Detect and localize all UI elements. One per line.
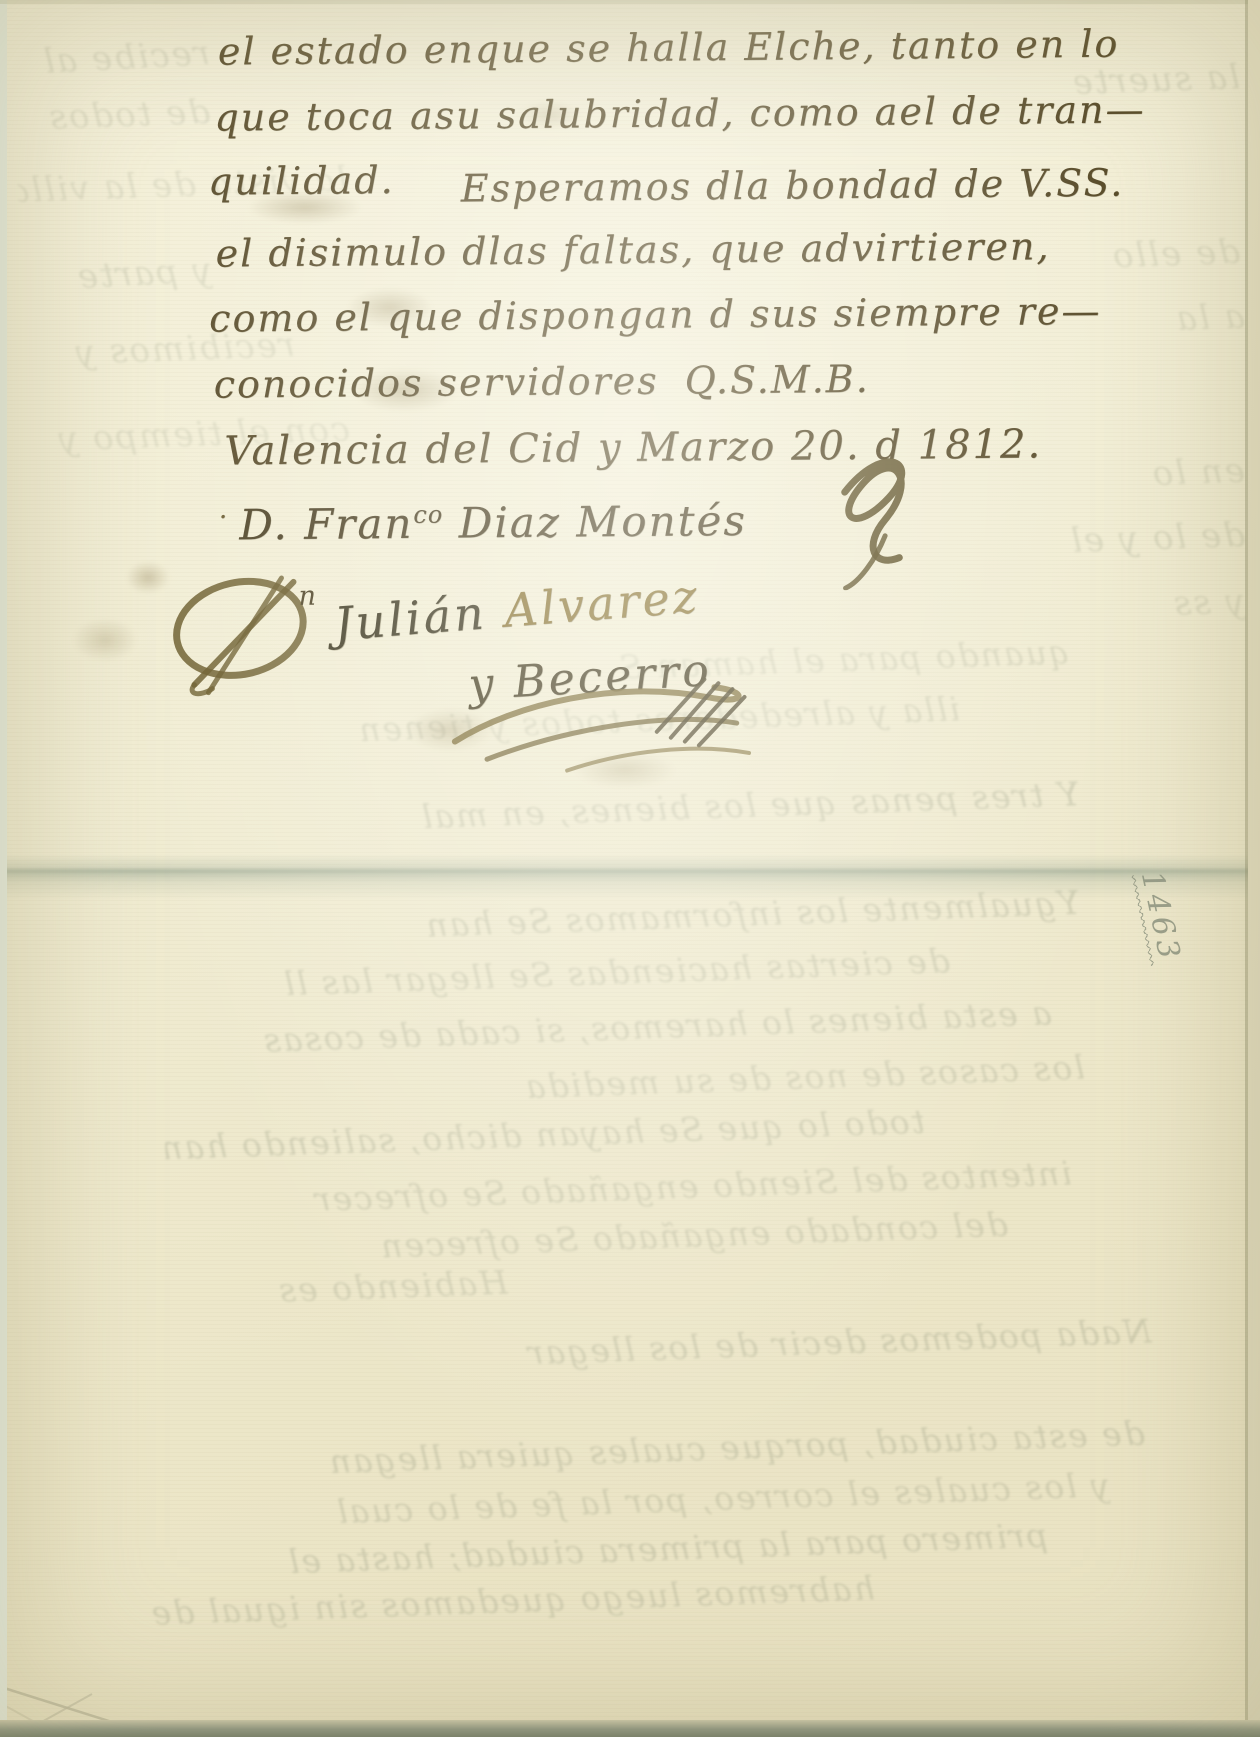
manuscript-line: el estado enque se halla Elche, tanto en…: [218, 22, 1120, 74]
signature-name: JuliánAlvarez: [332, 569, 701, 652]
signature-first-name: Julián: [332, 585, 488, 651]
signatory-name-rest: Diaz Montés: [443, 496, 747, 548]
stray-ink-dot: ·: [219, 502, 230, 532]
signature-rubric-flourish-icon: [814, 439, 925, 590]
ornate-capital-d-icon: [159, 566, 320, 702]
manuscript-line: como el que dispongan d sus siempre re—: [209, 289, 1102, 341]
line3-new-sentence: Esperamos dla bondad de V.SS.: [461, 161, 1125, 211]
manuscript-line: el disimulo dlas faltas, que advirtieren…: [215, 224, 1050, 275]
signature-superscript: n: [298, 581, 316, 612]
scan-top-edge: [0, 0, 1260, 4]
manuscript-line: quilidad.Esperamos dla bondad de V.SS.: [208, 152, 1125, 204]
line6-words: conocidos servidores: [214, 359, 659, 407]
manuscript-line: que toca asu salubridad, como ael de tra…: [214, 87, 1145, 139]
signature-scribble-rubric-icon: [446, 661, 757, 784]
courtesy-abbreviation: Q.S.M.B.: [684, 357, 869, 403]
manuscript-text-block: el estado enque se halla Elche, tanto en…: [0, 0, 1260, 1737]
signature-last-name: Alvarez: [502, 569, 701, 638]
scan-bottom-edge: [0, 1720, 1260, 1737]
superscript-abbreviation: co: [413, 501, 443, 529]
signatory-name-prefix: D. Fran: [239, 499, 414, 550]
scan-right-edge: [1248, 0, 1260, 1737]
document-scan: recibe alde todosla vista de la villay p…: [0, 0, 1260, 1737]
signatory-name-line: ·D. Franco Diaz Montés: [219, 496, 747, 550]
manuscript-line: conocidos servidoresQ.S.M.B.: [214, 357, 870, 407]
scan-left-edge: [0, 0, 7, 1737]
line3-end-word: quilidad.: [208, 158, 395, 204]
